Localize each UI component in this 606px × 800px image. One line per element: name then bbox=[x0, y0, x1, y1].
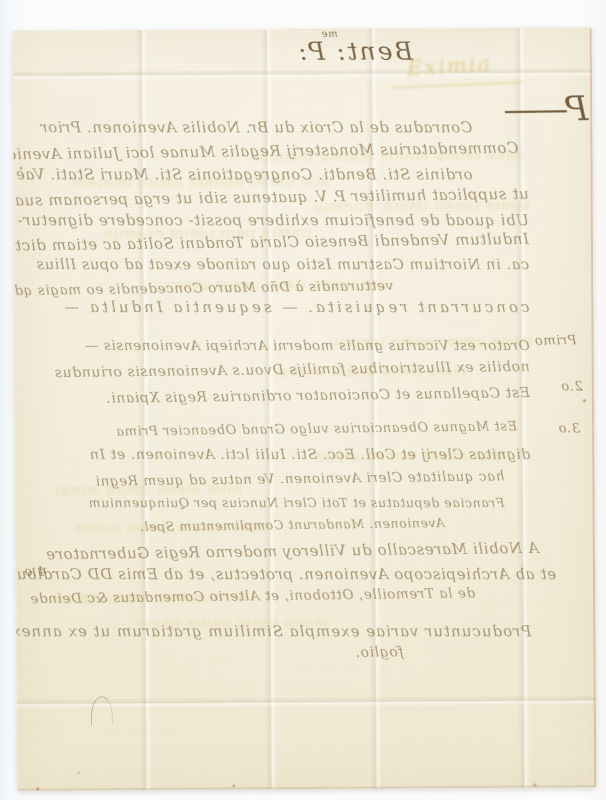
closing-line: foglio. bbox=[355, 644, 404, 661]
margin-marker-2: 2.o bbox=[561, 379, 583, 394]
manuscript-line: Est Magnus Obeanciarius vulgo Grand Obea… bbox=[116, 419, 518, 439]
manuscript-line: dignitas Clerij et Coll. Ecc. Sti. Iulii… bbox=[89, 447, 530, 463]
manuscript-line: Orator est Vicarius gnalis moderni Archi… bbox=[84, 338, 529, 354]
manuscript-line: nobilis ex Illustrioribus familijs Dvou.… bbox=[54, 359, 530, 381]
manuscript-line: ordinis Sti. Bendti. Congregationis Sti.… bbox=[13, 165, 473, 183]
manuscript-line: de la Tremoille, Ottoboni, et Alterio Co… bbox=[30, 585, 476, 607]
closing-line: Producuntur variae exempla Similium grat… bbox=[13, 622, 532, 640]
manuscript-line: Est Capellanus et Concionator ordinarius… bbox=[106, 385, 531, 407]
manuscript-line: hac qualitate Cleri Avenionen. Ve natus … bbox=[95, 468, 504, 489]
manuscript-line: et ab Archiepiscopo Avenionen. protectus… bbox=[13, 565, 556, 583]
manuscript-line: Conradus de la Croix du Br. Nobilis Aven… bbox=[40, 118, 472, 136]
mirrored-ink-layer: me Bent: P: P—— Conradus de la Croix du … bbox=[13, 27, 597, 791]
manuscript-line: Commendatarius Monasterij Regalis Munae … bbox=[13, 139, 519, 164]
manuscript-line: Franciae deputatus et Toti Cleri Nuncius… bbox=[88, 495, 504, 510]
margin-marker-3: 3.o bbox=[558, 421, 580, 436]
initial-flourish: P—— bbox=[506, 89, 588, 130]
docket-title: Bent: P: bbox=[297, 37, 413, 66]
manuscript-line: ca. in Niortium Castrum Istio quo rainod… bbox=[36, 257, 529, 273]
foxing-spots bbox=[13, 31, 16, 34]
manuscript-line: ut supplicat humiliter P. V. quatenus si… bbox=[13, 185, 529, 210]
manuscript-line: Avenionen. Mandarunt Complimentum Spel. bbox=[139, 515, 444, 534]
margin-marker-primo: Primo bbox=[534, 333, 576, 349]
manuscript-line: Ubi quoad de beneficium exhibere possit-… bbox=[17, 211, 529, 229]
manuscript-line: concurrant requisita. — sequentia Indult… bbox=[61, 298, 529, 316]
manuscript-line: vetturandis à Dño Mauro Concedendis eo m… bbox=[13, 278, 394, 300]
manuscript-line: A Nobili Marescallo du Villeroy moderno … bbox=[46, 539, 539, 563]
paper-sheet: Eximia ınuımnı umıunı mnıım uınmı nuım m… bbox=[13, 27, 597, 791]
manuscript-line: Indultum Vendendi Benesio Claria Tondani… bbox=[13, 230, 529, 255]
